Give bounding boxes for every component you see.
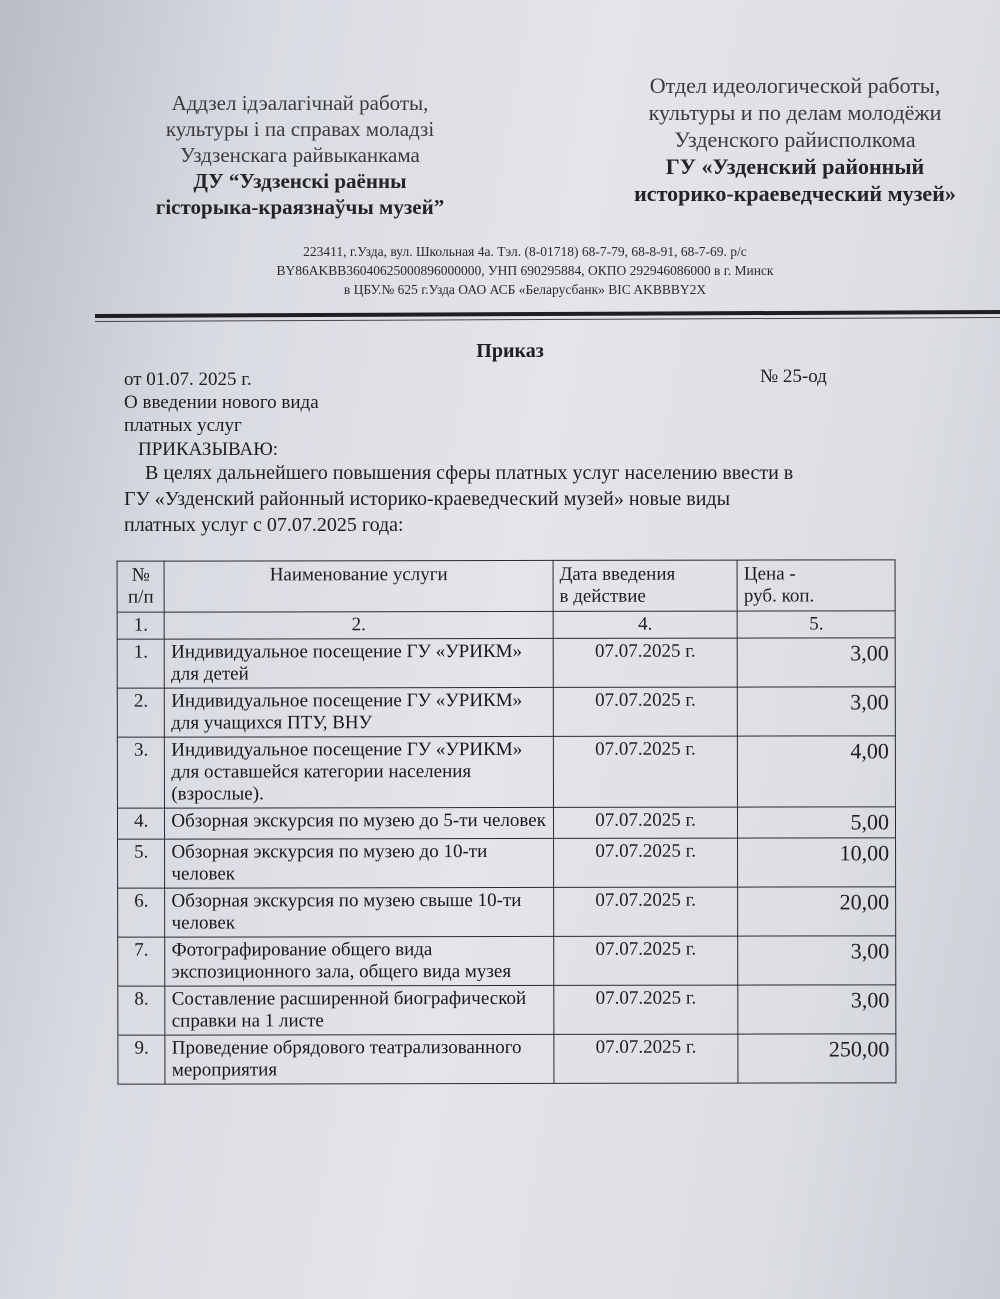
- effective-date: 07.07.2025 г.: [553, 687, 738, 736]
- requisites-line: в ЦБУ.№ 625 г.Узда ОАО АСБ «Беларусбанк»…: [200, 280, 850, 299]
- service-name: Составление расширенной биографической с…: [165, 985, 554, 1035]
- document-date: от 01.07. 2025 г.: [124, 369, 252, 391]
- org-line: Аддзел ідэалагічнай работы,: [120, 90, 480, 116]
- requisites-block: 223411, г.Узда, вул. Школьная 4а. Тэл. (…: [200, 242, 850, 299]
- service-name: Индивидуальное посещение ГУ «УРИКМ» для …: [165, 736, 554, 808]
- letterhead-belarusian: Аддзел ідэалагічнай работы, культуры і п…: [120, 90, 480, 220]
- org-line: Отдел идеологической работы,: [605, 72, 985, 99]
- table-row: 4.Обзорная экскурсия по музею до 5-ти че…: [117, 807, 895, 839]
- document-subject: О введении нового вида: [124, 392, 319, 414]
- document-number: № 25-од: [760, 366, 827, 388]
- header-divider-thin: [95, 317, 1000, 322]
- service-name: Обзорная экскурсия по музею до 5-ти чело…: [165, 807, 554, 839]
- org-line: Уздзенскага райвыканкама: [120, 142, 480, 168]
- column-number: 1.: [117, 612, 164, 639]
- table-header-row: № п/п Наименование услуги Дата введения …: [117, 560, 895, 612]
- service-price: 3,00: [738, 985, 896, 1034]
- service-price: 5,00: [738, 807, 896, 838]
- table-row: 9.Проведение обрядового театрализованног…: [118, 1034, 896, 1084]
- service-price: 3,00: [738, 687, 896, 736]
- requisites-line: BY86AKBB36040625000896000000, УНП 690295…: [200, 261, 850, 280]
- body-text: платных услуг с 07.07.2025 года:: [124, 514, 404, 536]
- table-row: 7.Фотографирование общего вида экспозици…: [118, 936, 896, 986]
- row-number: 4.: [117, 808, 164, 839]
- body-text: ГУ «Узденский районный историко-краеведч…: [124, 488, 730, 510]
- header-cell-service-name: Наименование услуги: [164, 560, 553, 612]
- effective-date: 07.07.2025 г.: [554, 985, 739, 1034]
- row-number: 2.: [117, 688, 164, 737]
- order-word: ПРИКАЗЫВАЮ:: [138, 439, 278, 461]
- service-name: Фотографирование общего вида экспозицион…: [165, 936, 554, 986]
- effective-date: 07.07.2025 г.: [553, 736, 738, 807]
- org-line: культуры і па справах моладзі: [120, 116, 480, 142]
- org-name-bold: историко-краеведческий музей»: [605, 180, 985, 207]
- row-number: 9.: [118, 1035, 165, 1084]
- org-line: культуры и по делам молодёжи: [605, 99, 985, 126]
- service-name: Индивидуальное посещение ГУ «УРИКМ» для …: [165, 687, 554, 737]
- row-number: 8.: [118, 986, 165, 1035]
- table-row: 8.Составление расширенной биографической…: [118, 985, 896, 1035]
- column-number: 5.: [737, 611, 895, 638]
- service-price: 4,00: [738, 736, 896, 807]
- service-price: 20,00: [738, 887, 896, 936]
- row-number: 5.: [118, 839, 165, 888]
- document-page: Аддзел ідэалагічнай работы, культуры і п…: [0, 0, 1000, 1299]
- services-table: № п/п Наименование услуги Дата введения …: [117, 559, 897, 1084]
- service-price: 3,00: [738, 936, 896, 985]
- service-name: Обзорная экскурсия по музею до 10-ти чел…: [165, 838, 554, 888]
- letterhead-russian: Отдел идеологической работы, культуры и …: [605, 72, 985, 207]
- org-name-bold: ГУ «Узденский районный: [605, 153, 985, 180]
- table-row: 2.Индивидуальное посещение ГУ «УРИКМ» дл…: [117, 687, 895, 737]
- service-price: 10,00: [738, 838, 896, 887]
- org-name-bold: ДУ “Уздзенскі раённы: [120, 168, 480, 194]
- table-row: 5.Обзорная экскурсия по музею до 10-ти ч…: [118, 838, 896, 888]
- table-row: 6.Обзорная экскурсия по музею свыше 10-т…: [118, 887, 896, 937]
- row-number: 7.: [118, 937, 165, 986]
- table-row: 3.Индивидуальное посещение ГУ «УРИКМ» дл…: [117, 736, 895, 808]
- document-title: Приказ: [440, 340, 580, 363]
- table-row: 1.Индивидуальное посещение ГУ «УРИКМ» дл…: [117, 638, 895, 688]
- effective-date: 07.07.2025 г.: [553, 638, 738, 687]
- row-number: 6.: [118, 888, 165, 937]
- effective-date: 07.07.2025 г.: [553, 807, 737, 838]
- service-name: Обзорная экскурсия по музею свыше 10-ти …: [165, 887, 554, 937]
- column-number: 4.: [553, 611, 737, 638]
- body-text: В целях дальнейшего повышения сферы плат…: [145, 462, 793, 484]
- effective-date: 07.07.2025 г.: [554, 936, 739, 985]
- effective-date: 07.07.2025 г.: [553, 838, 738, 887]
- service-name: Проведение обрядового театрализованного …: [165, 1034, 554, 1084]
- header-cell-date: Дата введения в действие: [553, 560, 738, 611]
- service-price: 250,00: [738, 1034, 896, 1083]
- org-line: Узденского райисполкома: [605, 126, 985, 153]
- org-name-bold: гісторыка-краязнаўчы музей”: [120, 194, 480, 220]
- effective-date: 07.07.2025 г.: [553, 887, 738, 936]
- service-price: 3,00: [737, 638, 895, 687]
- row-number: 1.: [117, 639, 164, 688]
- column-number: 2.: [165, 611, 554, 639]
- requisites-line: 223411, г.Узда, вул. Школьная 4а. Тэл. (…: [200, 242, 850, 261]
- column-number-row: 1. 2. 4. 5.: [117, 611, 895, 639]
- effective-date: 07.07.2025 г.: [554, 1034, 739, 1083]
- header-cell-number: № п/п: [117, 561, 164, 612]
- header-cell-price: Цена - руб. коп.: [737, 560, 895, 611]
- service-name: Индивидуальное посещение ГУ «УРИКМ» для …: [165, 638, 554, 688]
- document-subject: платных услуг: [124, 415, 242, 437]
- row-number: 3.: [117, 737, 165, 808]
